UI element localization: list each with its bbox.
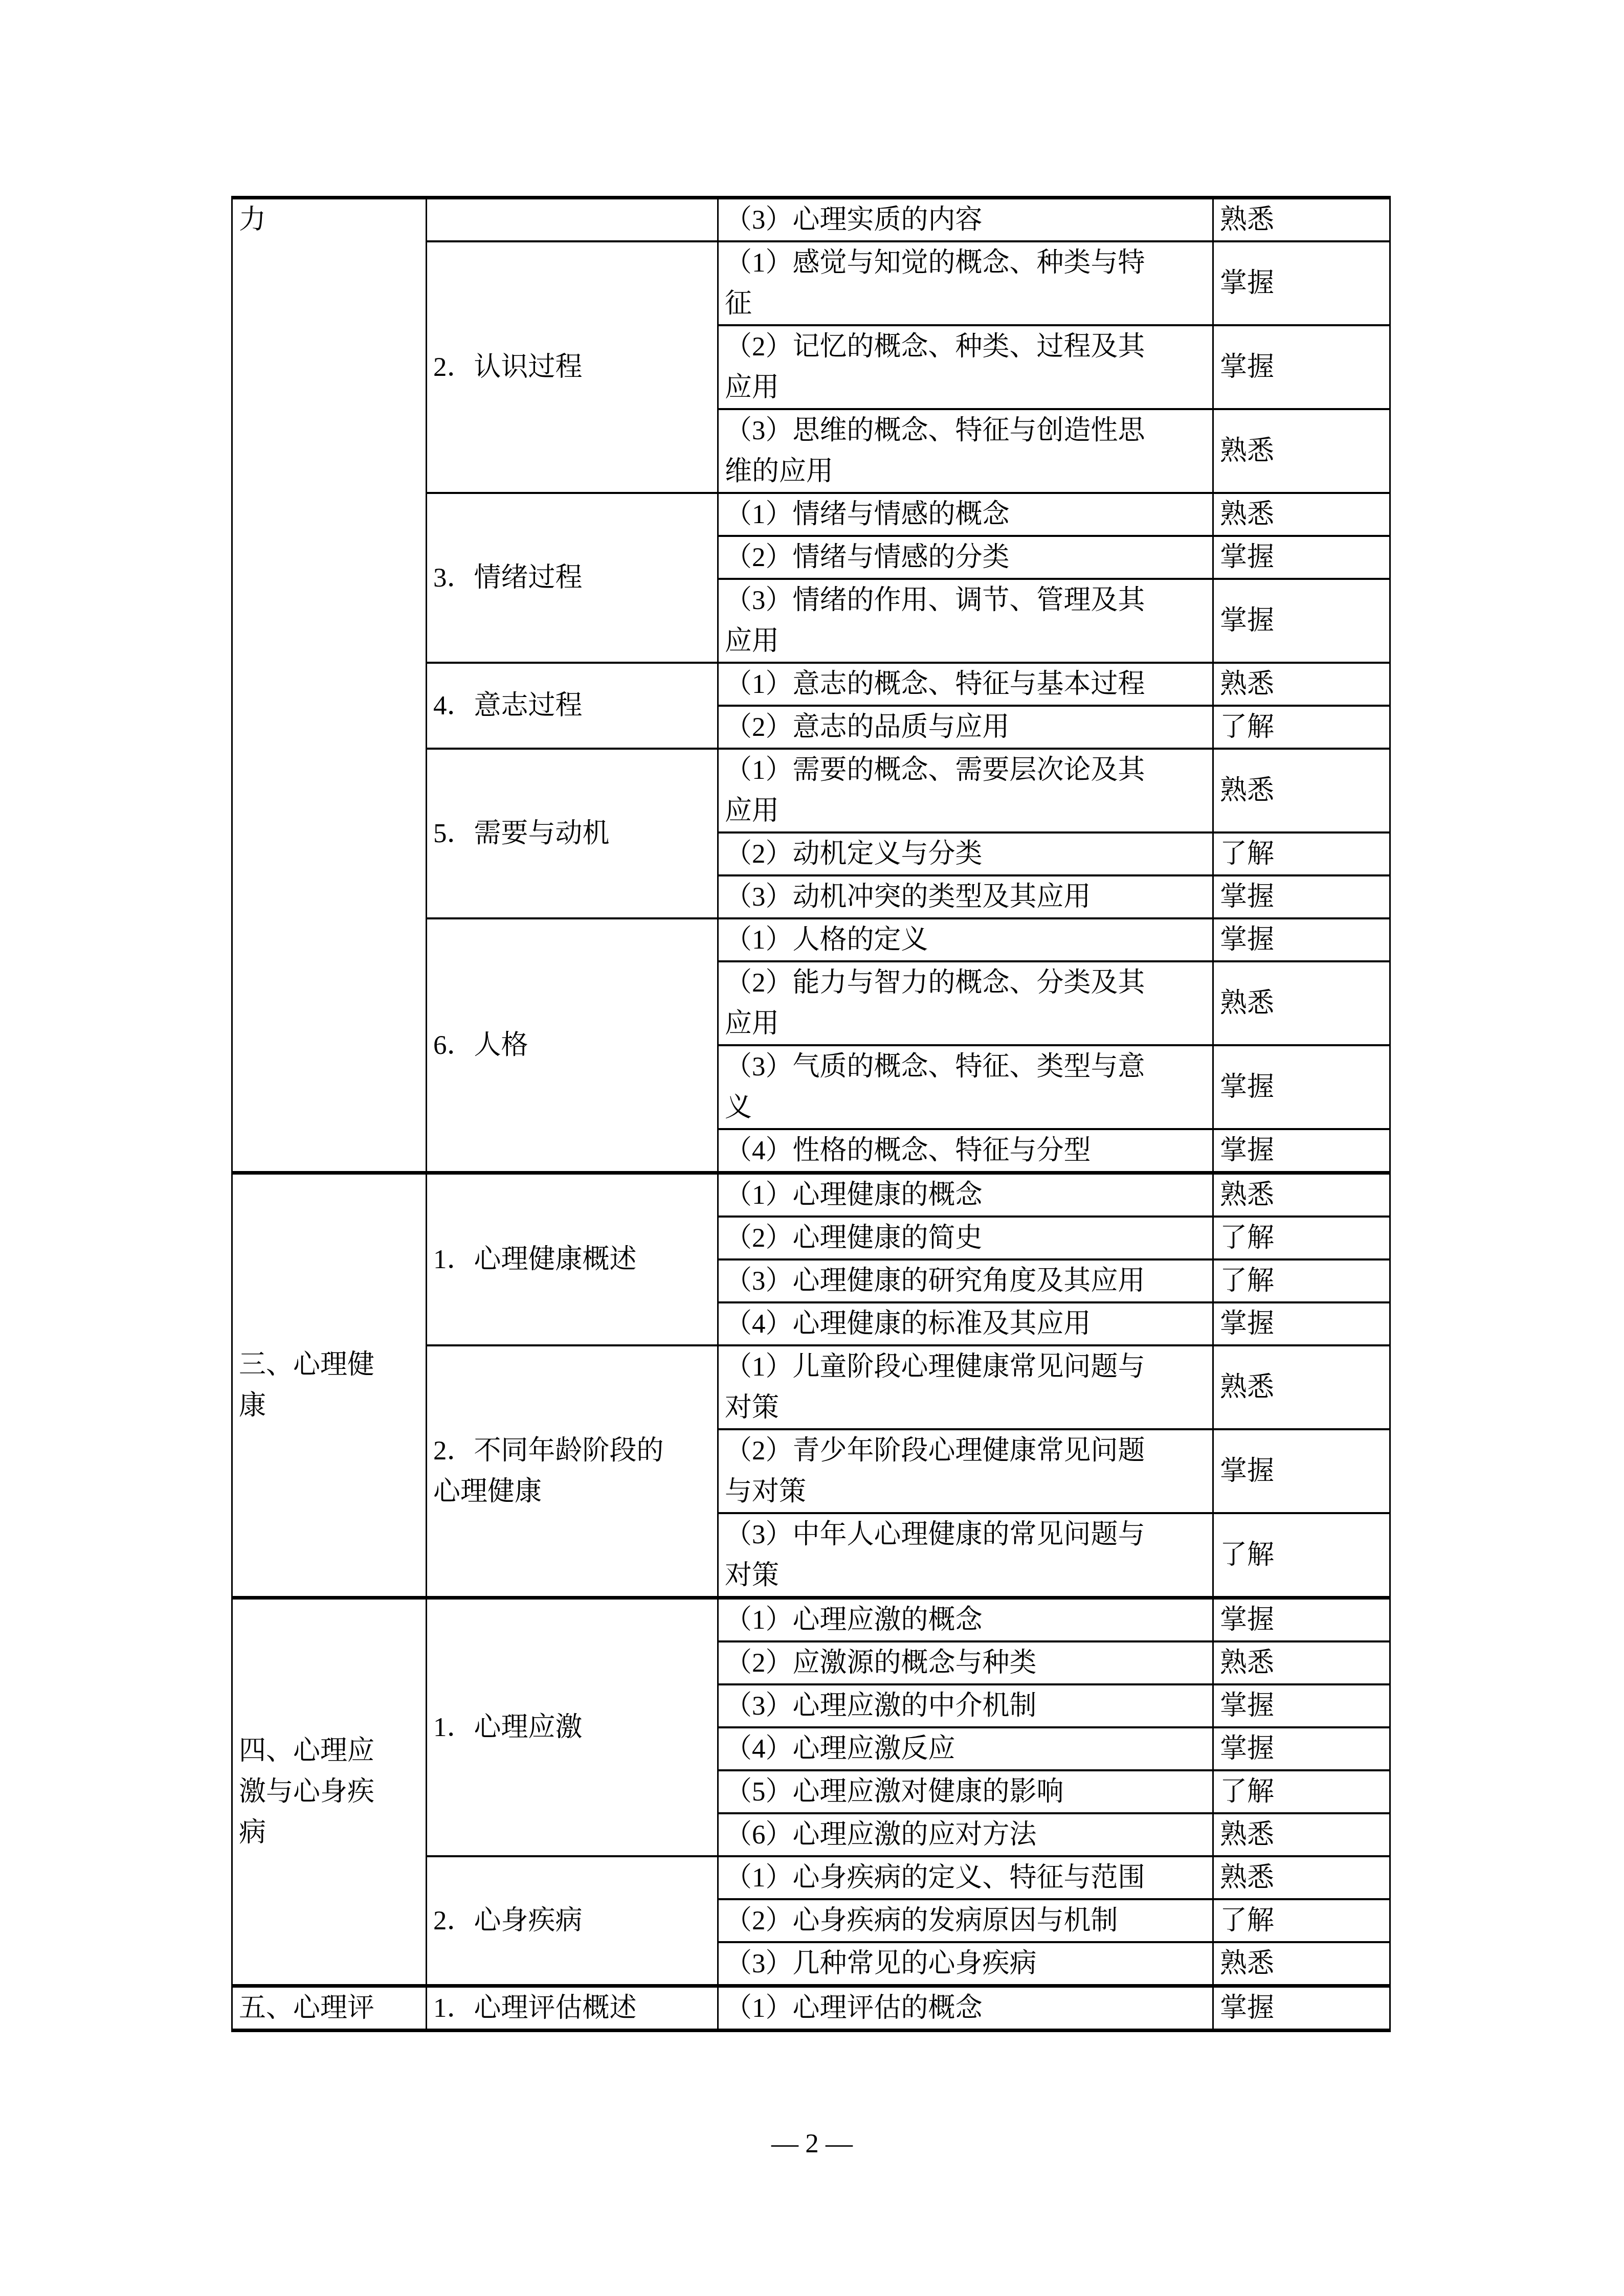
- section-cell: 6．人格: [427, 918, 718, 1173]
- section-cell: [427, 198, 718, 242]
- item-cell: （1）心身疾病的定义、特征与范围: [718, 1856, 1213, 1899]
- level-cell: 熟悉: [1213, 1345, 1390, 1429]
- item-cell: （6）心理应激的应对方法: [718, 1813, 1213, 1856]
- item-cell: （3）思维的概念、特征与创造性思 维的应用: [718, 409, 1213, 493]
- level-cell: 熟悉: [1213, 1813, 1390, 1856]
- level-cell: 掌握: [1213, 1429, 1390, 1513]
- item-cell: （1）儿童阶段心理健康常见问题与 对策: [718, 1345, 1213, 1429]
- item-cell: （3）心理应激的中介机制: [718, 1684, 1213, 1727]
- section-cell: 2．认识过程: [427, 241, 718, 493]
- item-cell: （3）心理健康的研究角度及其应用: [718, 1259, 1213, 1302]
- level-cell: 了解: [1213, 1513, 1390, 1598]
- item-cell: （2）青少年阶段心理健康常见问题 与对策: [718, 1429, 1213, 1513]
- level-cell: 掌握: [1213, 241, 1390, 325]
- level-cell: 了解: [1213, 706, 1390, 749]
- item-cell: （1）心理健康的概念: [718, 1173, 1213, 1217]
- level-cell: 掌握: [1213, 1045, 1390, 1129]
- level-cell: 了解: [1213, 832, 1390, 875]
- level-cell: 熟悉: [1213, 1173, 1390, 1217]
- chapter-cell: 四、心理应 激与心身疾 病: [232, 1598, 427, 1986]
- level-cell: 熟悉: [1213, 1942, 1390, 1986]
- item-cell: （2）应激源的概念与种类: [718, 1641, 1213, 1684]
- item-cell: （3）情绪的作用、调节、管理及其 应用: [718, 579, 1213, 663]
- level-cell: 熟悉: [1213, 1856, 1390, 1899]
- item-cell: （1）心理评估的概念: [718, 1986, 1213, 2031]
- item-cell: （2）心理健康的简史: [718, 1217, 1213, 1259]
- page-number: — 2 —: [0, 2123, 1624, 2164]
- item-cell: （2）心身疾病的发病原因与机制: [718, 1899, 1213, 1942]
- document-page: { "page": { "footer": "— 2 —" }, "colors…: [0, 0, 1624, 2296]
- section-cell: 1．心理健康概述: [427, 1173, 718, 1346]
- item-cell: （2）情绪与情感的分类: [718, 536, 1213, 579]
- level-cell: 了解: [1213, 1770, 1390, 1813]
- item-cell: （1）意志的概念、特征与基本过程: [718, 663, 1213, 706]
- level-cell: 熟悉: [1213, 409, 1390, 493]
- level-cell: 掌握: [1213, 1684, 1390, 1727]
- level-cell: 熟悉: [1213, 961, 1390, 1045]
- table-row: 力（3）心理实质的内容熟悉: [232, 198, 1390, 242]
- section-cell: 1．心理应激: [427, 1598, 718, 1857]
- table-row: 四、心理应 激与心身疾 病1．心理应激（1）心理应激的概念掌握: [232, 1598, 1390, 1642]
- item-cell: （3）气质的概念、特征、类型与意 义: [718, 1045, 1213, 1129]
- section-cell: 2．心身疾病: [427, 1856, 718, 1986]
- item-cell: （3）中年人心理健康的常见问题与 对策: [718, 1513, 1213, 1598]
- level-cell: 掌握: [1213, 1727, 1390, 1770]
- level-cell: 掌握: [1213, 579, 1390, 663]
- level-cell: 了解: [1213, 1259, 1390, 1302]
- item-cell: （1）感觉与知觉的概念、种类与特 征: [718, 241, 1213, 325]
- table-row: 五、心理评1．心理评估概述（1）心理评估的概念掌握: [232, 1986, 1390, 2031]
- item-cell: （2）记忆的概念、种类、过程及其 应用: [718, 325, 1213, 409]
- level-cell: 熟悉: [1213, 493, 1390, 536]
- item-cell: （1）心理应激的概念: [718, 1598, 1213, 1642]
- section-cell: 3．情绪过程: [427, 493, 718, 663]
- level-cell: 掌握: [1213, 875, 1390, 918]
- level-cell: 熟悉: [1213, 749, 1390, 832]
- level-cell: 熟悉: [1213, 663, 1390, 706]
- item-cell: （4）性格的概念、特征与分型: [718, 1129, 1213, 1173]
- table-row: 三、心理健 康1．心理健康概述（1）心理健康的概念熟悉: [232, 1173, 1390, 1217]
- chapter-cell: 五、心理评: [232, 1986, 427, 2031]
- level-cell: 掌握: [1213, 325, 1390, 409]
- item-cell: （2）意志的品质与应用: [718, 706, 1213, 749]
- item-cell: （1）需要的概念、需要层次论及其 应用: [718, 749, 1213, 832]
- section-cell: 5．需要与动机: [427, 749, 718, 918]
- level-cell: 熟悉: [1213, 1641, 1390, 1684]
- item-cell: （3）动机冲突的类型及其应用: [718, 875, 1213, 918]
- item-cell: （2）能力与智力的概念、分类及其 应用: [718, 961, 1213, 1045]
- chapter-cell: 三、心理健 康: [232, 1173, 427, 1598]
- item-cell: （4）心理应激反应: [718, 1727, 1213, 1770]
- section-cell: 4．意志过程: [427, 663, 718, 749]
- level-cell: 了解: [1213, 1899, 1390, 1942]
- chapter-cell: 力: [232, 198, 427, 1173]
- item-cell: （5）心理应激对健康的影响: [718, 1770, 1213, 1813]
- level-cell: 掌握: [1213, 1129, 1390, 1173]
- item-cell: （1）人格的定义: [718, 918, 1213, 961]
- section-cell: 1．心理评估概述: [427, 1986, 718, 2031]
- item-cell: （2）动机定义与分类: [718, 832, 1213, 875]
- section-cell: 2．不同年龄阶段的 心理健康: [427, 1345, 718, 1598]
- level-cell: 掌握: [1213, 1302, 1390, 1345]
- level-cell: 掌握: [1213, 918, 1390, 961]
- syllabus-table: 力（3）心理实质的内容熟悉2．认识过程（1）感觉与知觉的概念、种类与特 征掌握（…: [231, 196, 1391, 2032]
- level-cell: 了解: [1213, 1217, 1390, 1259]
- item-cell: （3）心理实质的内容: [718, 198, 1213, 242]
- item-cell: （4）心理健康的标准及其应用: [718, 1302, 1213, 1345]
- level-cell: 掌握: [1213, 1598, 1390, 1642]
- item-cell: （3）几种常见的心身疾病: [718, 1942, 1213, 1986]
- item-cell: （1）情绪与情感的概念: [718, 493, 1213, 536]
- level-cell: 熟悉: [1213, 198, 1390, 242]
- level-cell: 掌握: [1213, 536, 1390, 579]
- level-cell: 掌握: [1213, 1986, 1390, 2031]
